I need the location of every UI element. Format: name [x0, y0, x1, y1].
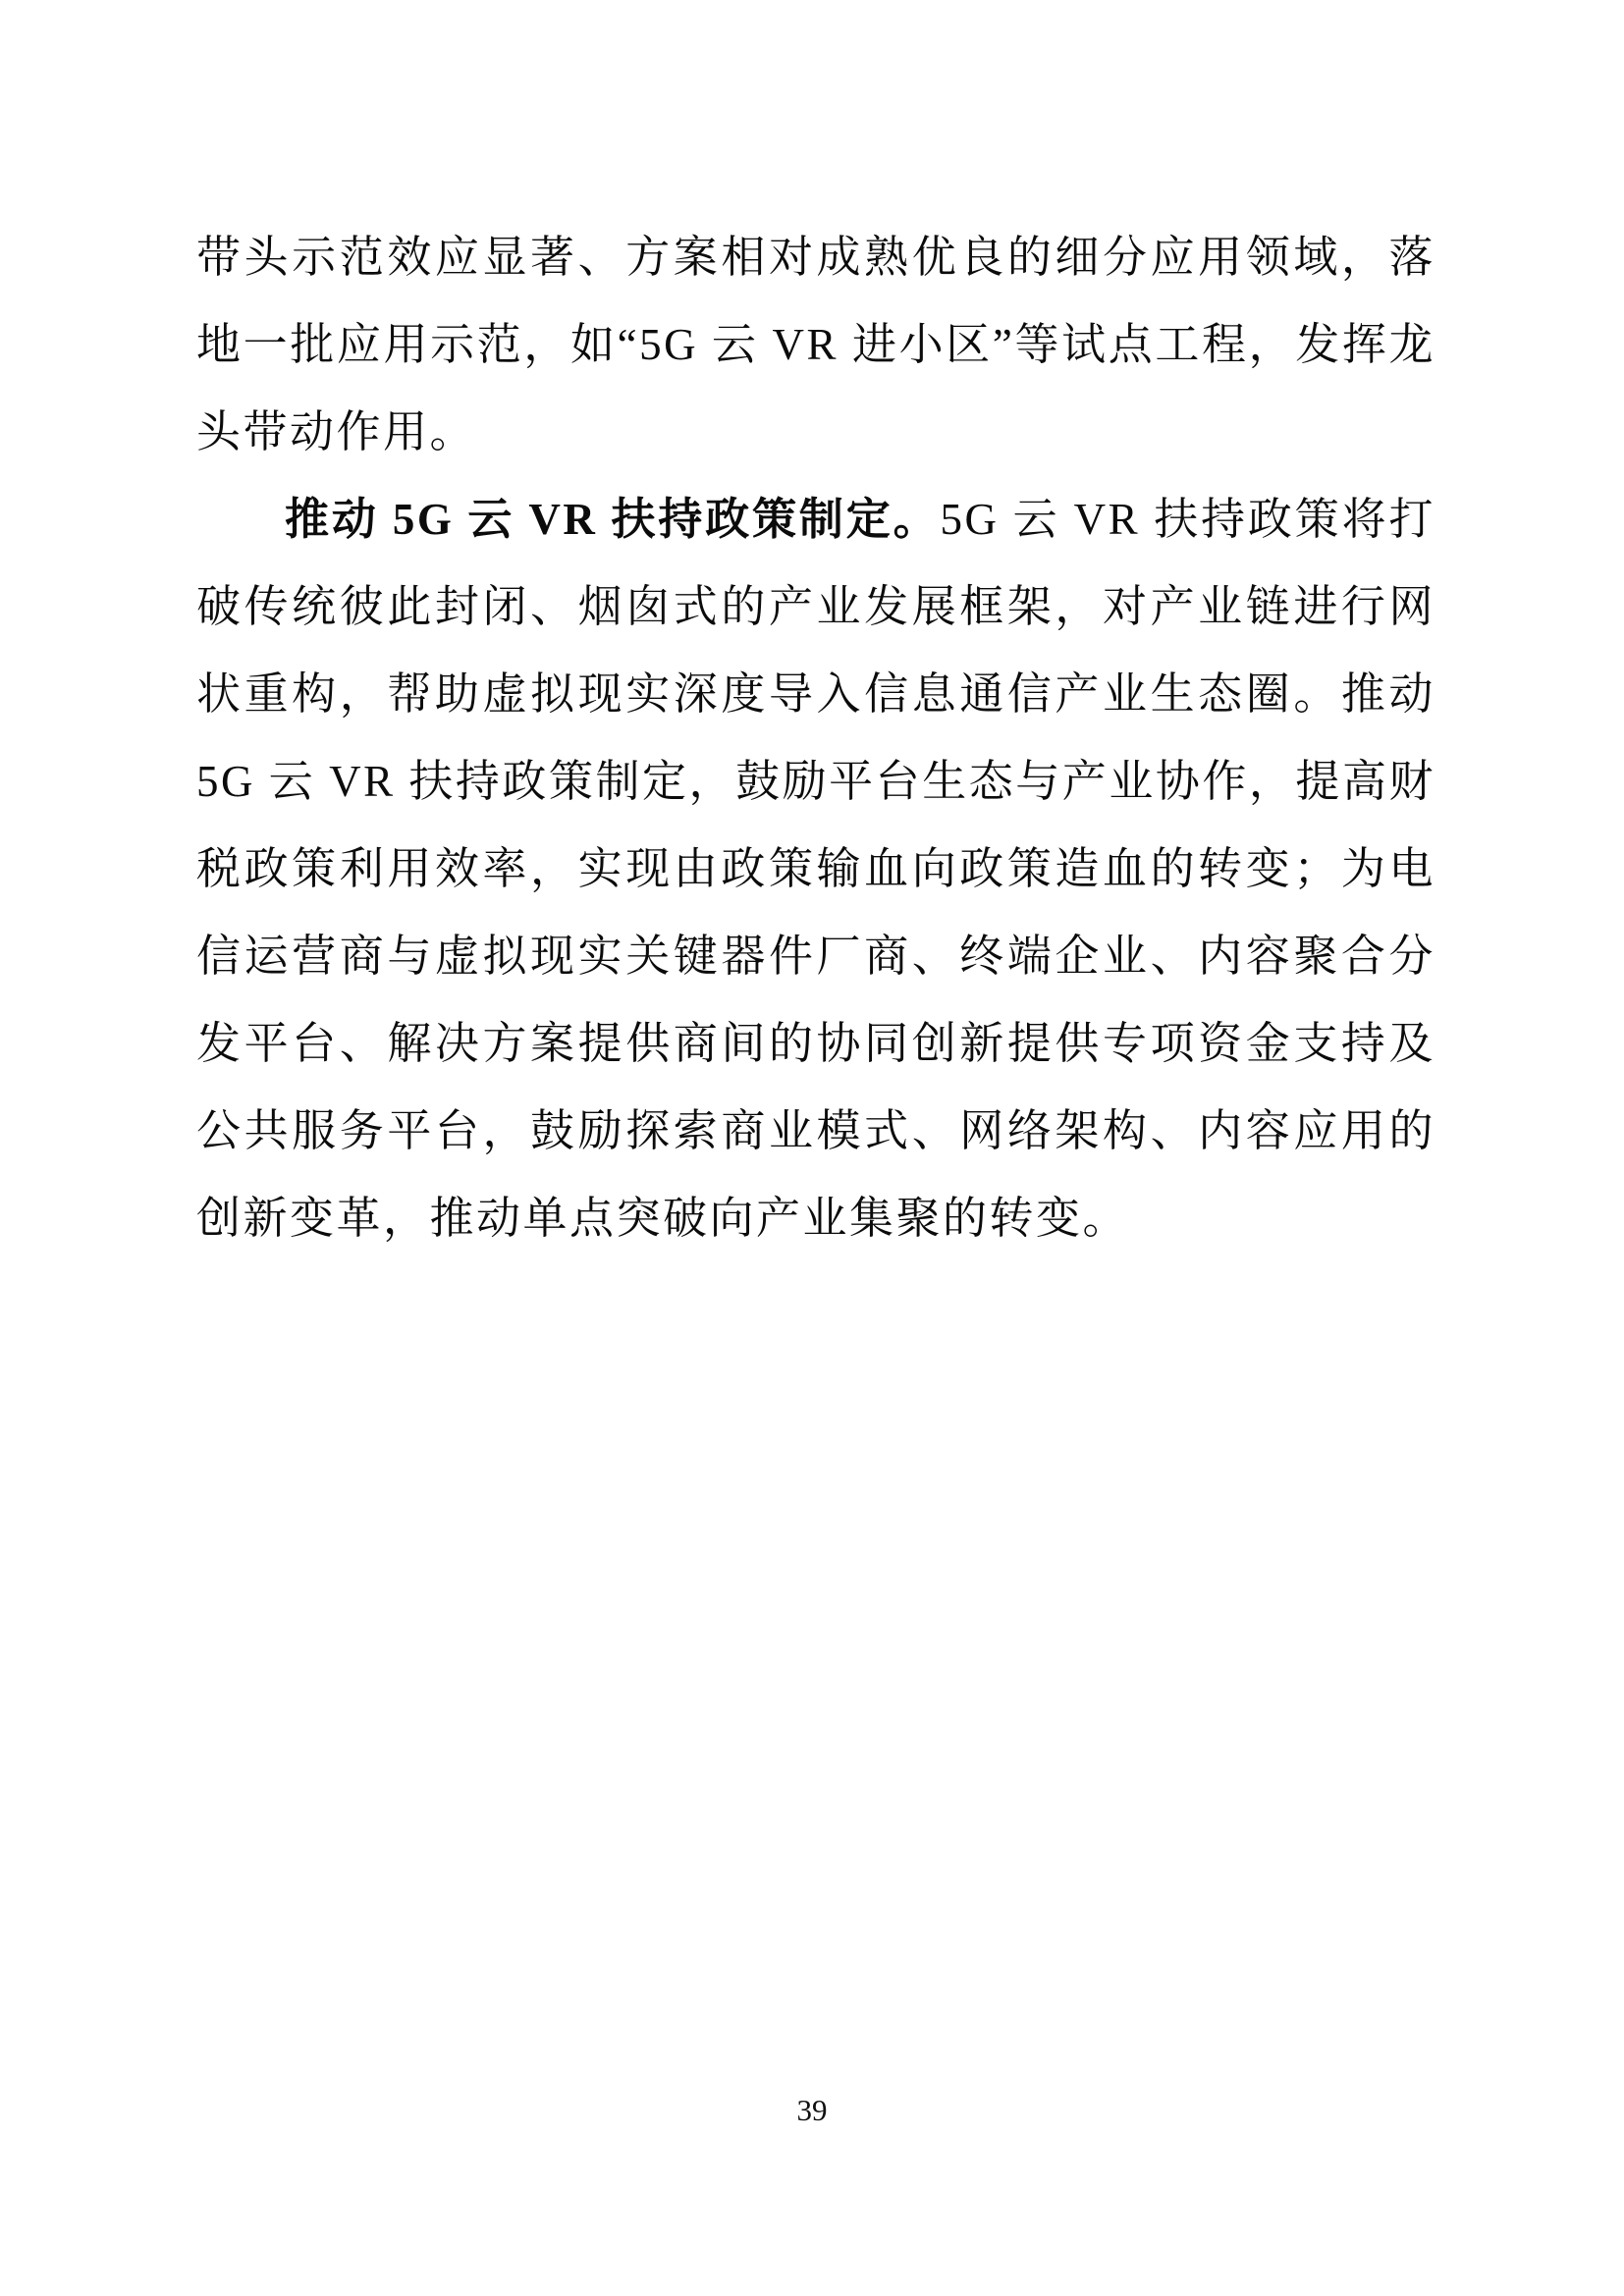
document-page: 带头示范效应显著、方案相对成熟优良的细分应用领域，落地一批应用示范，如“5G 云… [0, 0, 1624, 2296]
paragraph-1: 带头示范效应显著、方案相对成熟优良的细分应用领域，落地一批应用示范，如“5G 云… [196, 214, 1435, 476]
paragraph-2-body-text: 5G 云 VR 扶持政策将打破传统彼此封闭、烟囱式的产业发展框架，对产业链进行网… [196, 495, 1435, 1243]
paragraph-2-lead-bold: 推动 5G 云 VR 扶持政策制定。 [285, 495, 941, 544]
paragraph-2: 推动 5G 云 VR 扶持政策制定。5G 云 VR 扶持政策将打破传统彼此封闭、… [196, 476, 1435, 1262]
page-number: 39 [0, 2091, 1624, 2130]
paragraph-1-text: 带头示范效应显著、方案相对成熟优良的细分应用领域，落地一批应用示范，如“5G 云… [196, 233, 1435, 456]
text-block: 带头示范效应显著、方案相对成熟优良的细分应用领域，落地一批应用示范，如“5G 云… [196, 214, 1435, 1262]
